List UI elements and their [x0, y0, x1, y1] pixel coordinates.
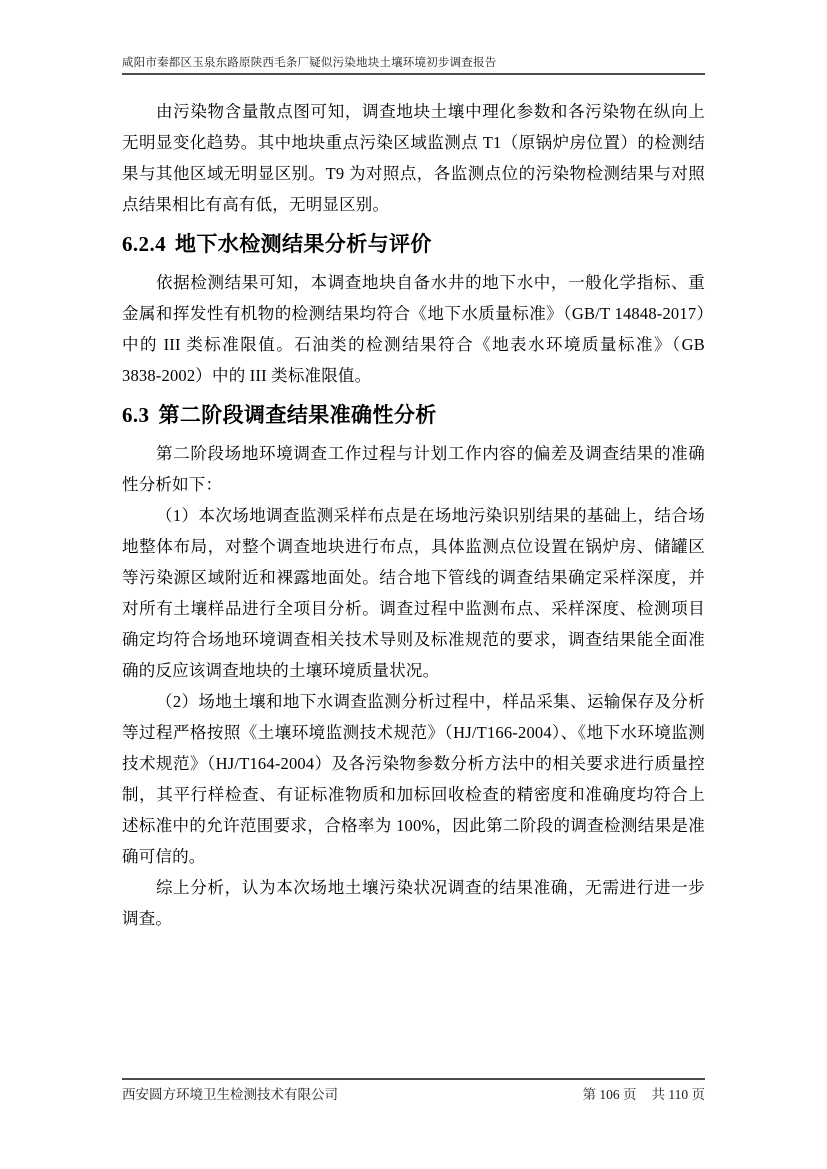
page-content: 由污染物含量散点图可知，调查地块土壤中理化参数和各污染物在纵向上无明显变化趋势。…: [122, 96, 705, 934]
running-title: 咸阳市秦都区玉泉东路原陕西毛条厂疑似污染地块土壤环境初步调查报告: [122, 56, 705, 71]
paragraph-accuracy-item-2: （2）场地土壤和地下水调查监测分析过程中，样品采集、运输保存及分析等过程严格按照…: [122, 686, 705, 872]
section-title: 地下水检测结果分析与评价: [175, 232, 432, 256]
paragraph-conclusion: 综上分析，认为本次场地土壤污染状况调查的结果准确，无需进行进一步调查。: [122, 872, 705, 934]
section-title: 第二阶段调查结果准确性分析: [158, 403, 436, 427]
section-number: 6.2.4: [122, 232, 166, 256]
paragraph-pollutant-scatter-summary: 由污染物含量散点图可知，调查地块土壤中理化参数和各污染物在纵向上无明显变化趋势。…: [122, 96, 705, 220]
report-page: 咸阳市秦都区玉泉东路原陕西毛条厂疑似污染地块土壤环境初步调查报告 由污染物含量散…: [0, 0, 827, 1169]
footer-page-info: 第 106 页 共 110 页: [583, 1086, 706, 1103]
footer-page-total: 共 110 页: [652, 1086, 706, 1103]
paragraph-accuracy-item-1: （1）本次场地调查监测采样布点是在场地污染识别结果的基础上，结合场地整体布局，对…: [122, 500, 705, 686]
paragraph-groundwater-results: 依据检测结果可知，本调查地块自备水井的地下水中，一般化学指标、重金属和挥发性有机…: [122, 267, 705, 391]
heading-section-6-3: 6.3第二阶段调查结果准确性分析: [122, 400, 705, 431]
footer-company-name: 西安圆方环境卫生检测技术有限公司: [122, 1086, 338, 1103]
page-header: 咸阳市秦都区玉泉东路原陕西毛条厂疑似污染地块土壤环境初步调查报告: [122, 56, 705, 75]
heading-section-6-2-4: 6.2.4地下水检测结果分析与评价: [122, 229, 705, 260]
paragraph-accuracy-lead: 第二阶段场地环境调查工作过程与计划工作内容的偏差及调查结果的准确性分析如下：: [122, 438, 705, 500]
page-footer: 西安圆方环境卫生检测技术有限公司 第 106 页 共 110 页: [122, 1078, 705, 1103]
section-number: 6.3: [122, 403, 149, 427]
footer-page-current: 第 106 页: [583, 1086, 637, 1103]
